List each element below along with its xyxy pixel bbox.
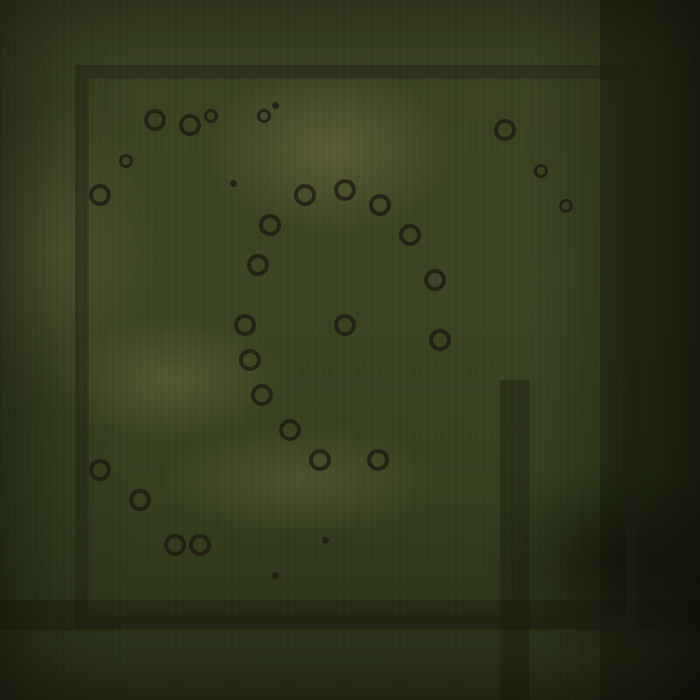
vignette (0, 0, 700, 700)
